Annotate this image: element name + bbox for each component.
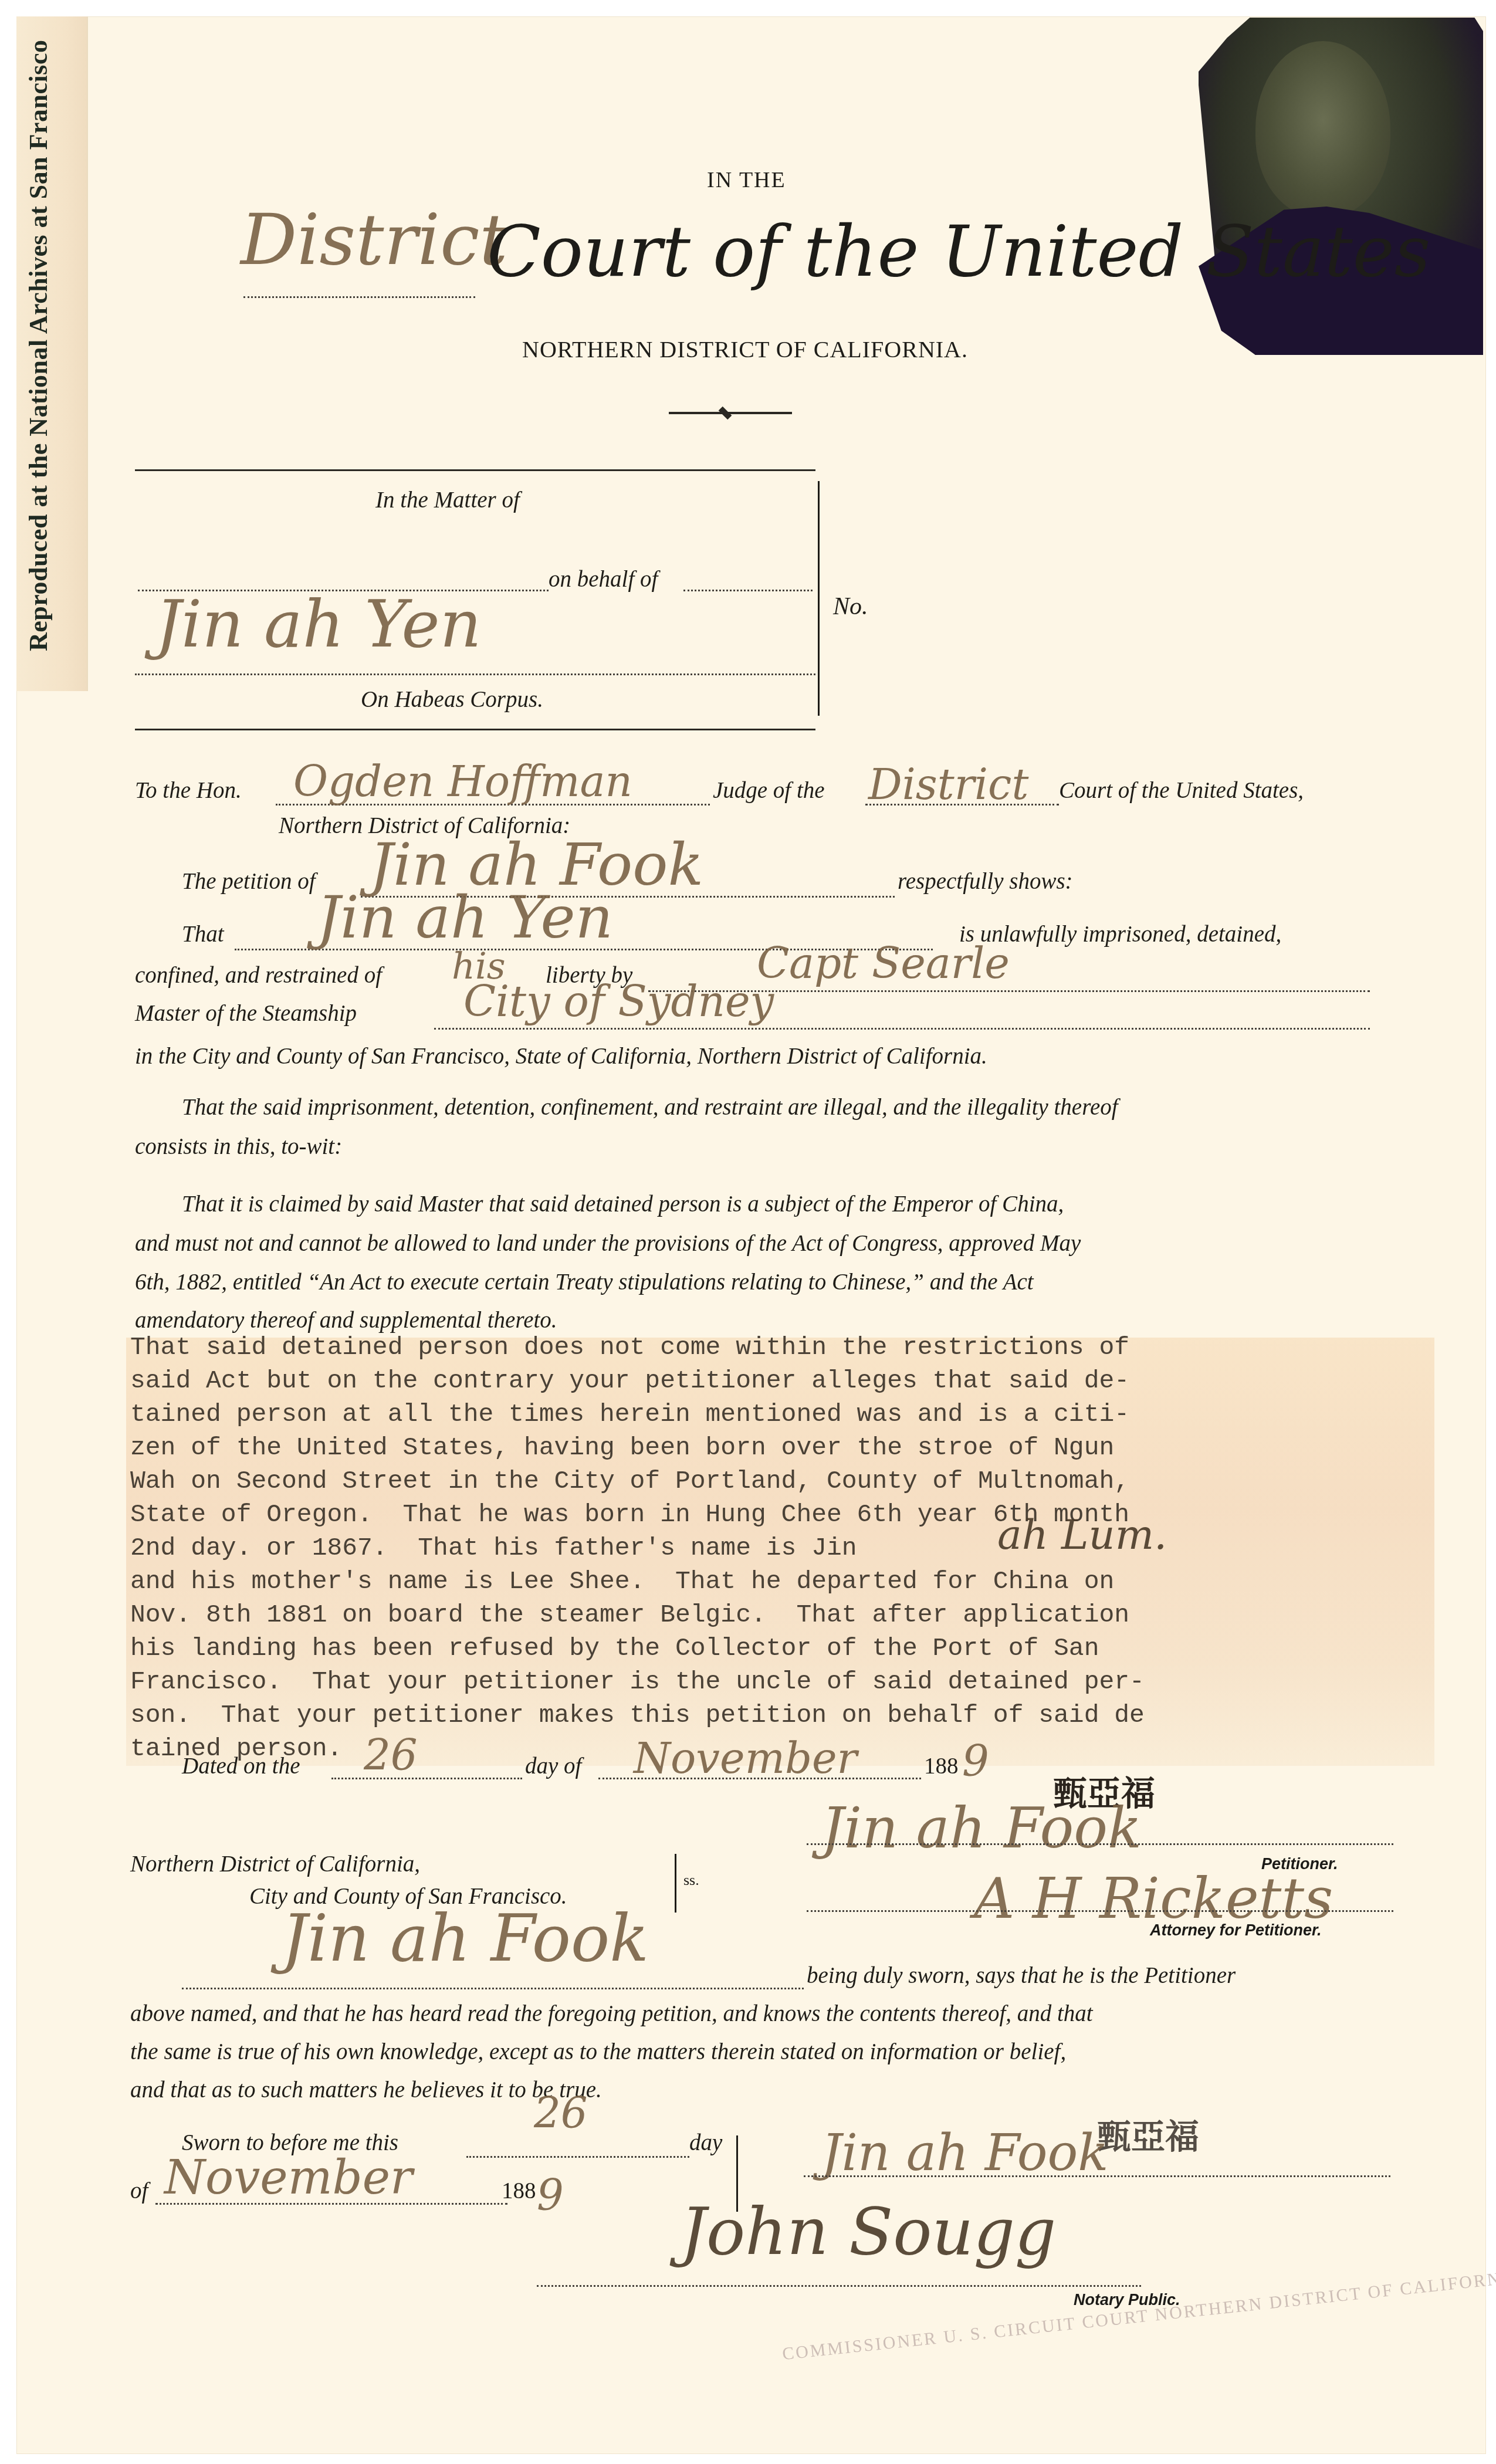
typed-line-8: and his mother's name is Lee Shee. That … <box>130 1565 1114 1598</box>
petition-of-label: The petition of <box>182 868 316 895</box>
header-court-handwritten: District <box>241 199 508 281</box>
archive-label: Reproduced at the National Archives at S… <box>23 40 53 651</box>
typed-line-5: Wah on Second Street in the City of Port… <box>130 1464 1129 1498</box>
ss-label: ss. <box>683 1871 699 1889</box>
claimed-line-4: amendatory thereof and supplemental ther… <box>135 1307 557 1333</box>
venue-brace <box>675 1854 676 1913</box>
typed-line-10: his landing has been refused by the Coll… <box>130 1632 1099 1665</box>
header-in-the: IN THE <box>707 167 786 193</box>
location-text: in the City and County of San Francisco,… <box>135 1043 987 1069</box>
steamship-name: City of Sydney <box>463 977 774 1026</box>
sworn-line-1: being duly sworn, says that he is the Pe… <box>807 1962 1236 1989</box>
notary-line <box>537 2285 1141 2287</box>
header-district: NORTHERN DISTRICT OF CALIFORNIA. <box>522 336 968 363</box>
sworn-line-2: above named, and that he has heard read … <box>130 2001 1093 2027</box>
typed-line-9: Nov. 8th 1881 on board the steamer Belgi… <box>130 1598 1129 1632</box>
header-court-line <box>243 296 475 298</box>
claimed-line-1: That it is claimed by said Master that s… <box>182 1191 1064 1217</box>
illegality-line-2: consists in this, to-wit: <box>135 1133 342 1160</box>
jurat-day: 26 <box>534 2089 588 2138</box>
claimed-line-3: 6th, 1882, entitled “An Act to execute c… <box>135 1269 1034 1295</box>
typed-line-11: Francisco. That your petitioner is the u… <box>130 1665 1145 1698</box>
jurat-year-handwritten: 9 <box>537 2171 564 2220</box>
address-court-of-us: Court of the United States, <box>1059 777 1304 804</box>
caption-behalf-line <box>683 590 813 591</box>
jurat-month: November <box>164 2150 412 2205</box>
petitioner-signature: Jin ah Fook <box>821 1795 1142 1861</box>
caption-detained-name: Jin ah Yen <box>155 587 481 662</box>
affiant-line <box>182 1988 804 1989</box>
jurat-affiant-line <box>804 2175 1390 2177</box>
jurat-of: of <box>130 2178 148 2204</box>
portrait-head <box>1255 41 1390 217</box>
caption-on-behalf-of: on behalf of <box>549 566 658 593</box>
jurat-year-printed: 188 <box>502 2178 536 2204</box>
address-judge-of-the: Judge of the <box>713 777 825 804</box>
respectfully-shows: respectfully shows: <box>898 868 1073 895</box>
header-court-printed: Court of the United States <box>487 211 1430 293</box>
judge-name: Ogden Hoffman <box>293 757 632 806</box>
that-label: That <box>182 921 224 947</box>
caption-name-line <box>135 673 815 675</box>
caption-on-habeas-corpus: On Habeas Corpus. <box>361 686 543 713</box>
confined-text: confined, and restrained of <box>135 962 382 989</box>
typed-line-4: zen of the United States, having been bo… <box>130 1431 1114 1464</box>
caption-brace <box>818 481 820 716</box>
dated-month: November <box>634 1734 857 1783</box>
caption-in-the-matter-of: In the Matter of <box>375 487 520 513</box>
dated-day-of: day of <box>525 1753 581 1779</box>
father-name-handwritten: ah Lum. <box>997 1511 1167 1559</box>
attorney-signature-line <box>807 1910 1393 1912</box>
jurat-day-label: day <box>689 2130 722 2156</box>
illegality-line-1: That the said imprisonment, detention, c… <box>182 1094 1118 1121</box>
typed-line-6: State of Oregon. That he was born in Hun… <box>130 1498 1129 1531</box>
dated-day-line <box>331 1778 522 1779</box>
dated-year-handwritten: 9 <box>962 1737 989 1786</box>
petitioner-signature-line <box>807 1843 1393 1845</box>
affiant-signature: Jin ah Fook <box>282 1901 649 1976</box>
typed-line-1: That said detained person does not come … <box>130 1331 1129 1364</box>
steamship-line <box>434 1028 1370 1030</box>
caption-bottom-rule <box>135 729 815 730</box>
typed-line-7: 2nd day. or 1867. That his father's name… <box>130 1531 857 1565</box>
notary-signature: John Sougg <box>681 2194 1056 2269</box>
claimed-line-2: and must not and cannot be allowed to la… <box>135 1230 1081 1257</box>
dated-on-the: Dated on the <box>182 1753 300 1779</box>
typed-line-3: tained person at all the times herein me… <box>130 1397 1129 1431</box>
venue-line-1: Northern District of California, <box>130 1851 420 1877</box>
address-to-the-hon: To the Hon. <box>135 777 242 804</box>
sworn-line-3: the same is true of his own knowledge, e… <box>130 2039 1066 2065</box>
dated-day: 26 <box>364 1731 418 1780</box>
address-court-handwritten: District <box>868 760 1028 809</box>
jurat-day-line <box>466 2156 689 2158</box>
detained-name: Jin ah Yen <box>317 883 613 952</box>
jurat-affiant-signature: Jin ah Fook <box>821 2124 1108 2182</box>
sworn-line-4: and that as to such matters he believes … <box>130 2077 602 2103</box>
caption-number-label: No. <box>833 593 868 621</box>
master-of-steamship: Master of the Steamship <box>135 1000 357 1027</box>
typed-line-2: said Act but on the contrary your petiti… <box>130 1364 1129 1397</box>
typed-line-12: son. That your petitioner makes this pet… <box>130 1698 1145 1732</box>
captain-name: Capt Searle <box>757 939 1010 988</box>
attorney-label: Attorney for Petitioner. <box>1150 1921 1322 1940</box>
dated-year-printed: 188 <box>924 1753 959 1779</box>
caption-top-rule <box>135 469 815 471</box>
jurat-chinese-signature: 甄亞福 <box>1097 2109 1199 2158</box>
